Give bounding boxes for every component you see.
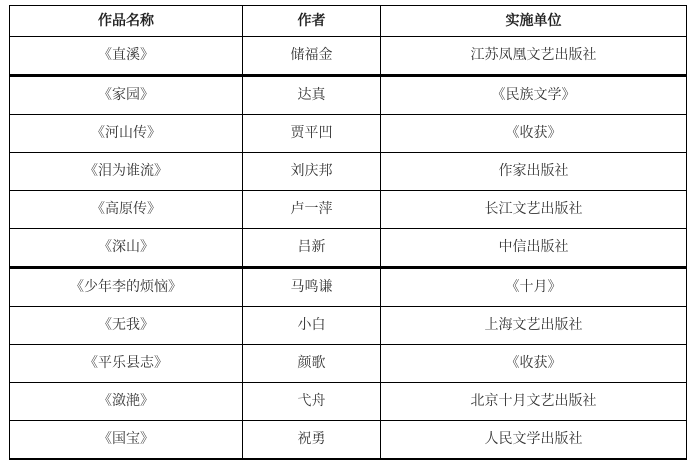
organization: 中信出版社: [381, 229, 687, 268]
work-title: 《河山传》: [10, 115, 243, 153]
organization: 《十月》: [381, 268, 687, 307]
table-row: 《河山传》 贾平凹 《收获》: [10, 115, 687, 153]
work-title: 《直溪》: [10, 37, 243, 76]
organization: 《收获》: [381, 115, 687, 153]
organization: 《收获》: [381, 345, 687, 383]
organization: 上海文艺出版社: [381, 307, 687, 345]
work-title: 《泪为谁流》: [10, 153, 243, 191]
header-organization: 实施单位: [381, 6, 687, 37]
author: 小白: [243, 307, 381, 345]
organization: 作家出版社: [381, 153, 687, 191]
table-row: 《家园》 达真 《民族文学》: [10, 76, 687, 115]
work-title: 《平乐县志》: [10, 345, 243, 383]
work-title: 《高原传》: [10, 191, 243, 229]
table-row: 《无我》 小白 上海文艺出版社: [10, 307, 687, 345]
author: 达真: [243, 76, 381, 115]
header-work-title: 作品名称: [10, 6, 243, 37]
table-row: 《深山》 吕新 中信出版社: [10, 229, 687, 268]
organization: 江苏凤凰文艺出版社: [381, 37, 687, 76]
work-title: 《潋滟》: [10, 383, 243, 421]
table-row: 《潋滟》 弋舟 北京十月文艺出版社: [10, 383, 687, 421]
table-row: 《泪为谁流》 刘庆邦 作家出版社: [10, 153, 687, 191]
organization: 《民族文学》: [381, 76, 687, 115]
organization: 人民文学出版社: [381, 421, 687, 460]
author: 刘庆邦: [243, 153, 381, 191]
header-author: 作者: [243, 6, 381, 37]
table-row: 《高原传》 卢一萍 长江文艺出版社: [10, 191, 687, 229]
organization: 北京十月文艺出版社: [381, 383, 687, 421]
table-row: 《少年李的烦恼》 马鸣谦 《十月》: [10, 268, 687, 307]
table-row: 《平乐县志》 颜歌 《收获》: [10, 345, 687, 383]
author: 储福金: [243, 37, 381, 76]
table-row: 《直溪》 储福金 江苏凤凰文艺出版社: [10, 37, 687, 76]
author: 马鸣谦: [243, 268, 381, 307]
author: 颜歌: [243, 345, 381, 383]
works-table: 作品名称 作者 实施单位 《直溪》 储福金 江苏凤凰文艺出版社 《家园》 达真 …: [9, 5, 687, 460]
work-title: 《国宝》: [10, 421, 243, 460]
work-title: 《家园》: [10, 76, 243, 115]
author: 贾平凹: [243, 115, 381, 153]
author: 弋舟: [243, 383, 381, 421]
work-title: 《深山》: [10, 229, 243, 268]
work-title: 《无我》: [10, 307, 243, 345]
author: 卢一萍: [243, 191, 381, 229]
table-row: 《国宝》 祝勇 人民文学出版社: [10, 421, 687, 460]
work-title: 《少年李的烦恼》: [10, 268, 243, 307]
header-row: 作品名称 作者 实施单位: [10, 6, 687, 37]
author: 吕新: [243, 229, 381, 268]
organization: 长江文艺出版社: [381, 191, 687, 229]
author: 祝勇: [243, 421, 381, 460]
